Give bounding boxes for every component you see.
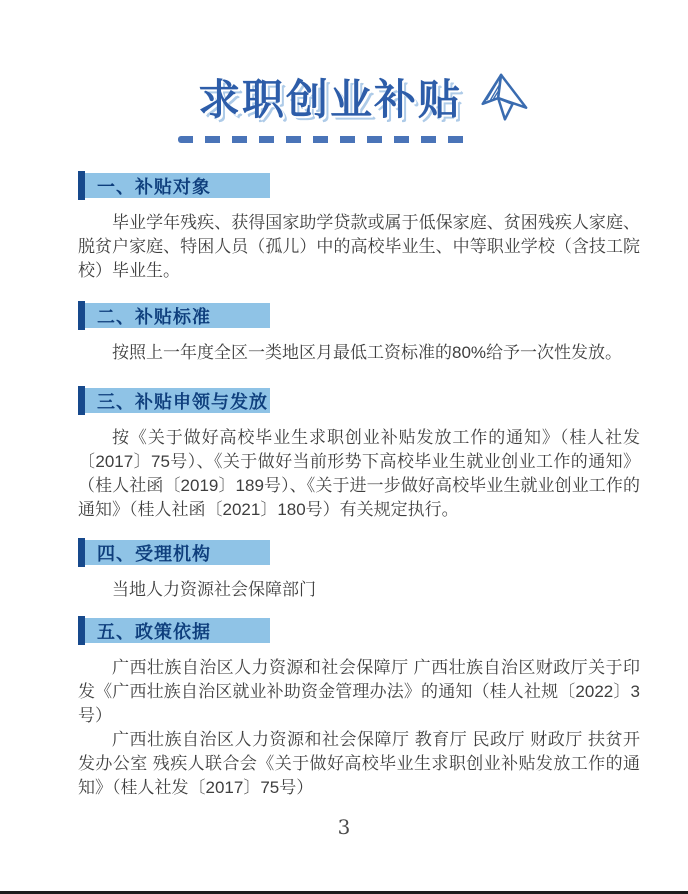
section-heading: 一、补贴对象 [78,173,270,198]
section-application-distribution: 三、补贴申领与发放 按《关于做好高校毕业生求职创业补贴发放工作的通知》（桂人社发… [78,388,640,522]
section-paragraph: 按《关于做好高校毕业生求职创业补贴发放工作的通知》（桂人社发〔2017〕75号）… [78,426,640,522]
section-paragraph: 广西壮族自治区人力资源和社会保障厅 广西壮族自治区财政厅关于印发《广西壮族自治区… [78,656,640,728]
section-subsidy-standard: 二、补贴标准 按照上一年度全区一类地区月最低工资标准的80%给予一次性发放。 [78,303,640,365]
dashed-underline [178,136,474,143]
heading-accent-bar [78,538,85,567]
title-row: 求职创业补贴 [198,72,534,128]
heading-accent-bar [78,386,85,415]
section-heading: 二、补贴标准 [78,303,270,328]
heading-accent-bar [78,171,85,200]
paper-plane-icon [472,72,534,128]
section-paragraph: 广西壮族自治区人力资源和社会保障厅 教育厅 民政厅 财政厅 扶贫开发办公室 残疾… [78,728,640,800]
content: 一、补贴对象 毕业学年残疾、获得国家助学贷款或属于低保家庭、贫困残疾人家庭、脱贫… [0,173,688,800]
section-heading-text: 三、补贴申领与发放 [97,388,268,414]
section-heading-text: 二、补贴标准 [97,303,211,329]
section-paragraph: 毕业学年残疾、获得国家助学贷款或属于低保家庭、贫困残疾人家庭、脱贫户家庭、特困人… [78,211,640,283]
title-block: 求职创业补贴 [198,72,534,143]
section-heading-text: 四、受理机构 [97,540,211,566]
section-heading-text: 五、政策依据 [97,618,211,644]
heading-accent-bar [78,301,85,330]
page-number: 3 [0,815,688,839]
section-heading: 三、补贴申领与发放 [78,388,270,413]
heading-accent-bar [78,616,85,645]
section-paragraph: 按照上一年度全区一类地区月最低工资标准的80%给予一次性发放。 [78,341,640,365]
section-heading: 五、政策依据 [78,618,270,643]
section-paragraph: 当地人力资源社会保障部门 [78,578,640,602]
section-accepting-agency: 四、受理机构 当地人力资源社会保障部门 [78,540,640,602]
section-heading: 四、受理机构 [78,540,270,565]
section-heading-text: 一、补贴对象 [97,173,211,199]
page-title: 求职创业补贴 [198,76,462,124]
section-subsidy-target: 一、补贴对象 毕业学年残疾、获得国家助学贷款或属于低保家庭、贫困残疾人家庭、脱贫… [78,173,640,283]
document-page: 求职创业补贴 [0,0,688,894]
section-policy-basis: 五、政策依据 广西壮族自治区人力资源和社会保障厅 广西壮族自治区财政厅关于印发《… [78,618,640,800]
